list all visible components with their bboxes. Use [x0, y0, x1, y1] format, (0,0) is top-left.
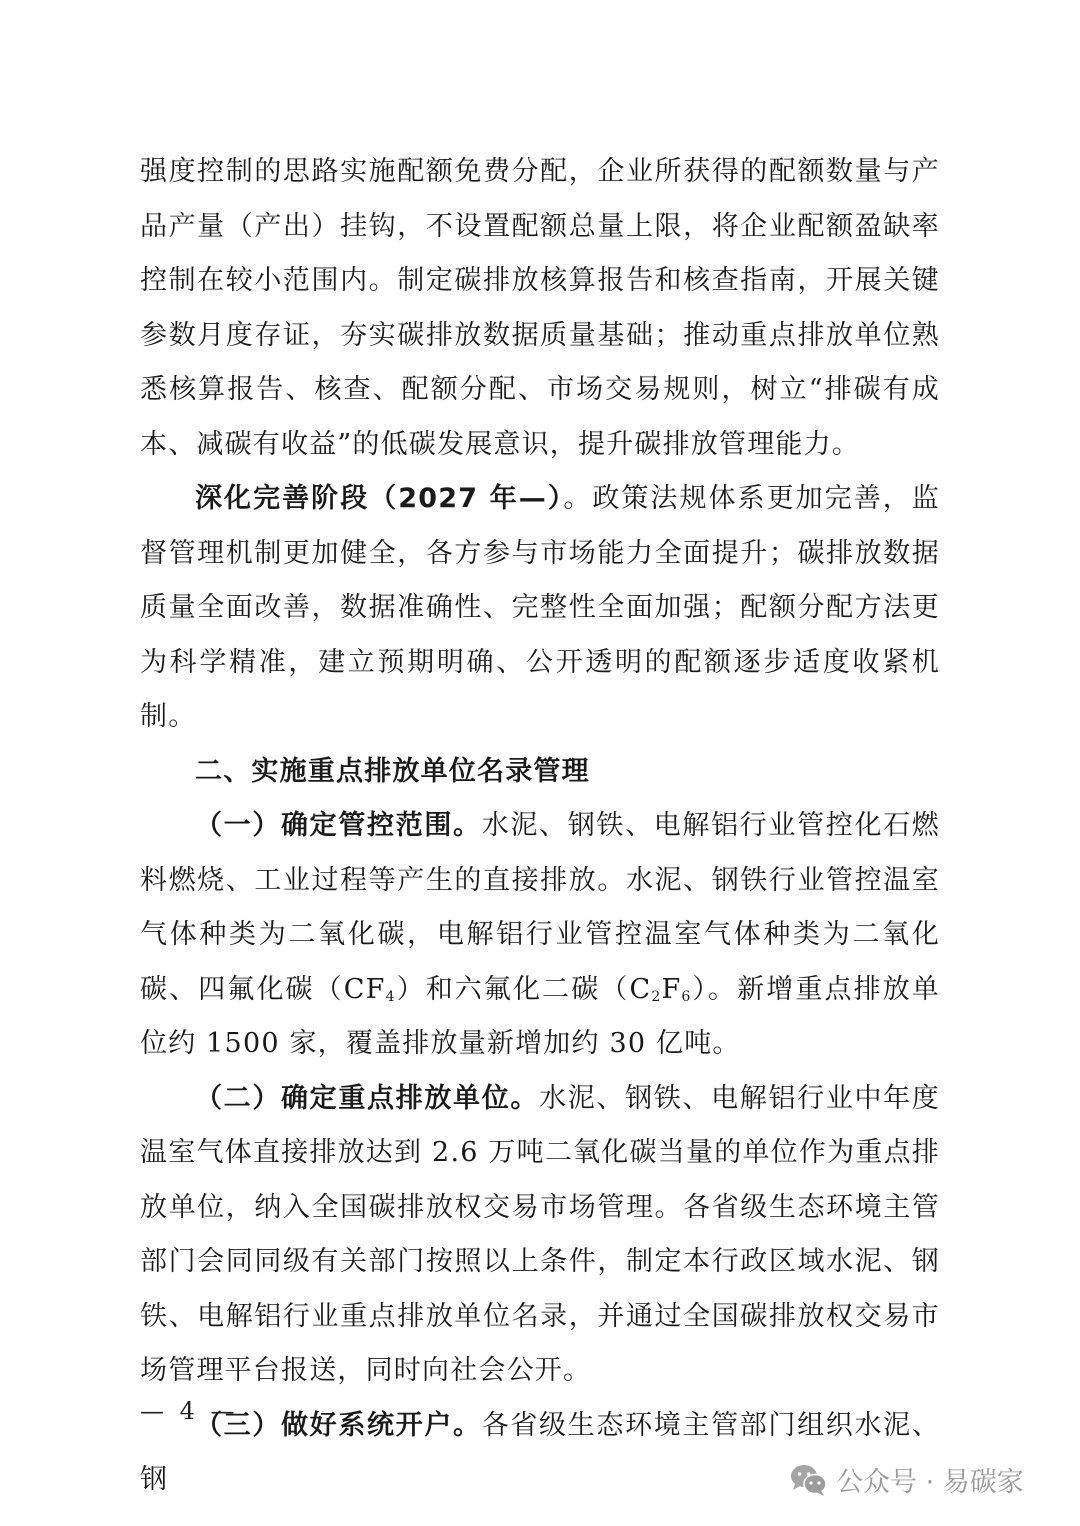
subscript: 6: [681, 989, 691, 1005]
paragraph-intensity-control: 强度控制的思路实施配额免费分配，企业所获得的配额数量与产品产量（产出）挂钩，不设…: [140, 145, 940, 472]
paragraph-control-scope: （一）确定管控范围。水泥、钢铁、电解铝行业管控化石燃料燃烧、工业过程等产生的直接…: [140, 799, 940, 1072]
wechat-icon: [790, 1463, 828, 1497]
paragraph-lead: 深化完善阶段（2027 年—）: [195, 483, 563, 514]
formula-char: F: [661, 974, 681, 1005]
paragraph-deepening-stage: 深化完善阶段（2027 年—）。政策法规体系更加完善，监督管理机制更加健全，各方…: [140, 472, 940, 745]
paragraph-key-emitters: （二）确定重点排放单位。水泥、钢铁、电解铝行业中年度温室气体直接排放达到 2.6…: [140, 1072, 940, 1399]
subscript: 4: [386, 989, 396, 1005]
paragraph-lead: （一）确定管控范围。: [195, 810, 482, 841]
subscript: 2: [651, 989, 661, 1005]
section-heading: 二、实施重点排放单位名录管理: [140, 745, 940, 800]
paragraph-body: ）和六氟化二碳（C: [396, 974, 652, 1005]
paragraph-body: 水泥、钢铁、电解铝行业中年度温室气体直接排放达到 2.6 万吨二氧化碳当量的单位…: [140, 1083, 940, 1387]
page-number: — 4 —: [140, 1397, 239, 1425]
paragraph-lead: （二）确定重点排放单位。: [195, 1083, 539, 1114]
document-page: 强度控制的思路实施配额免费分配，企业所获得的配额数量与产品产量（产出）挂钩，不设…: [140, 145, 940, 1508]
watermark-label: 公众号 · 易碳家: [836, 1460, 1024, 1499]
watermark: 公众号 · 易碳家: [790, 1460, 1024, 1499]
paragraph-body: 。政策法规体系更加完善，监督管理机制更加健全，各方参与市场能力全面提升；碳排放数…: [140, 483, 940, 732]
